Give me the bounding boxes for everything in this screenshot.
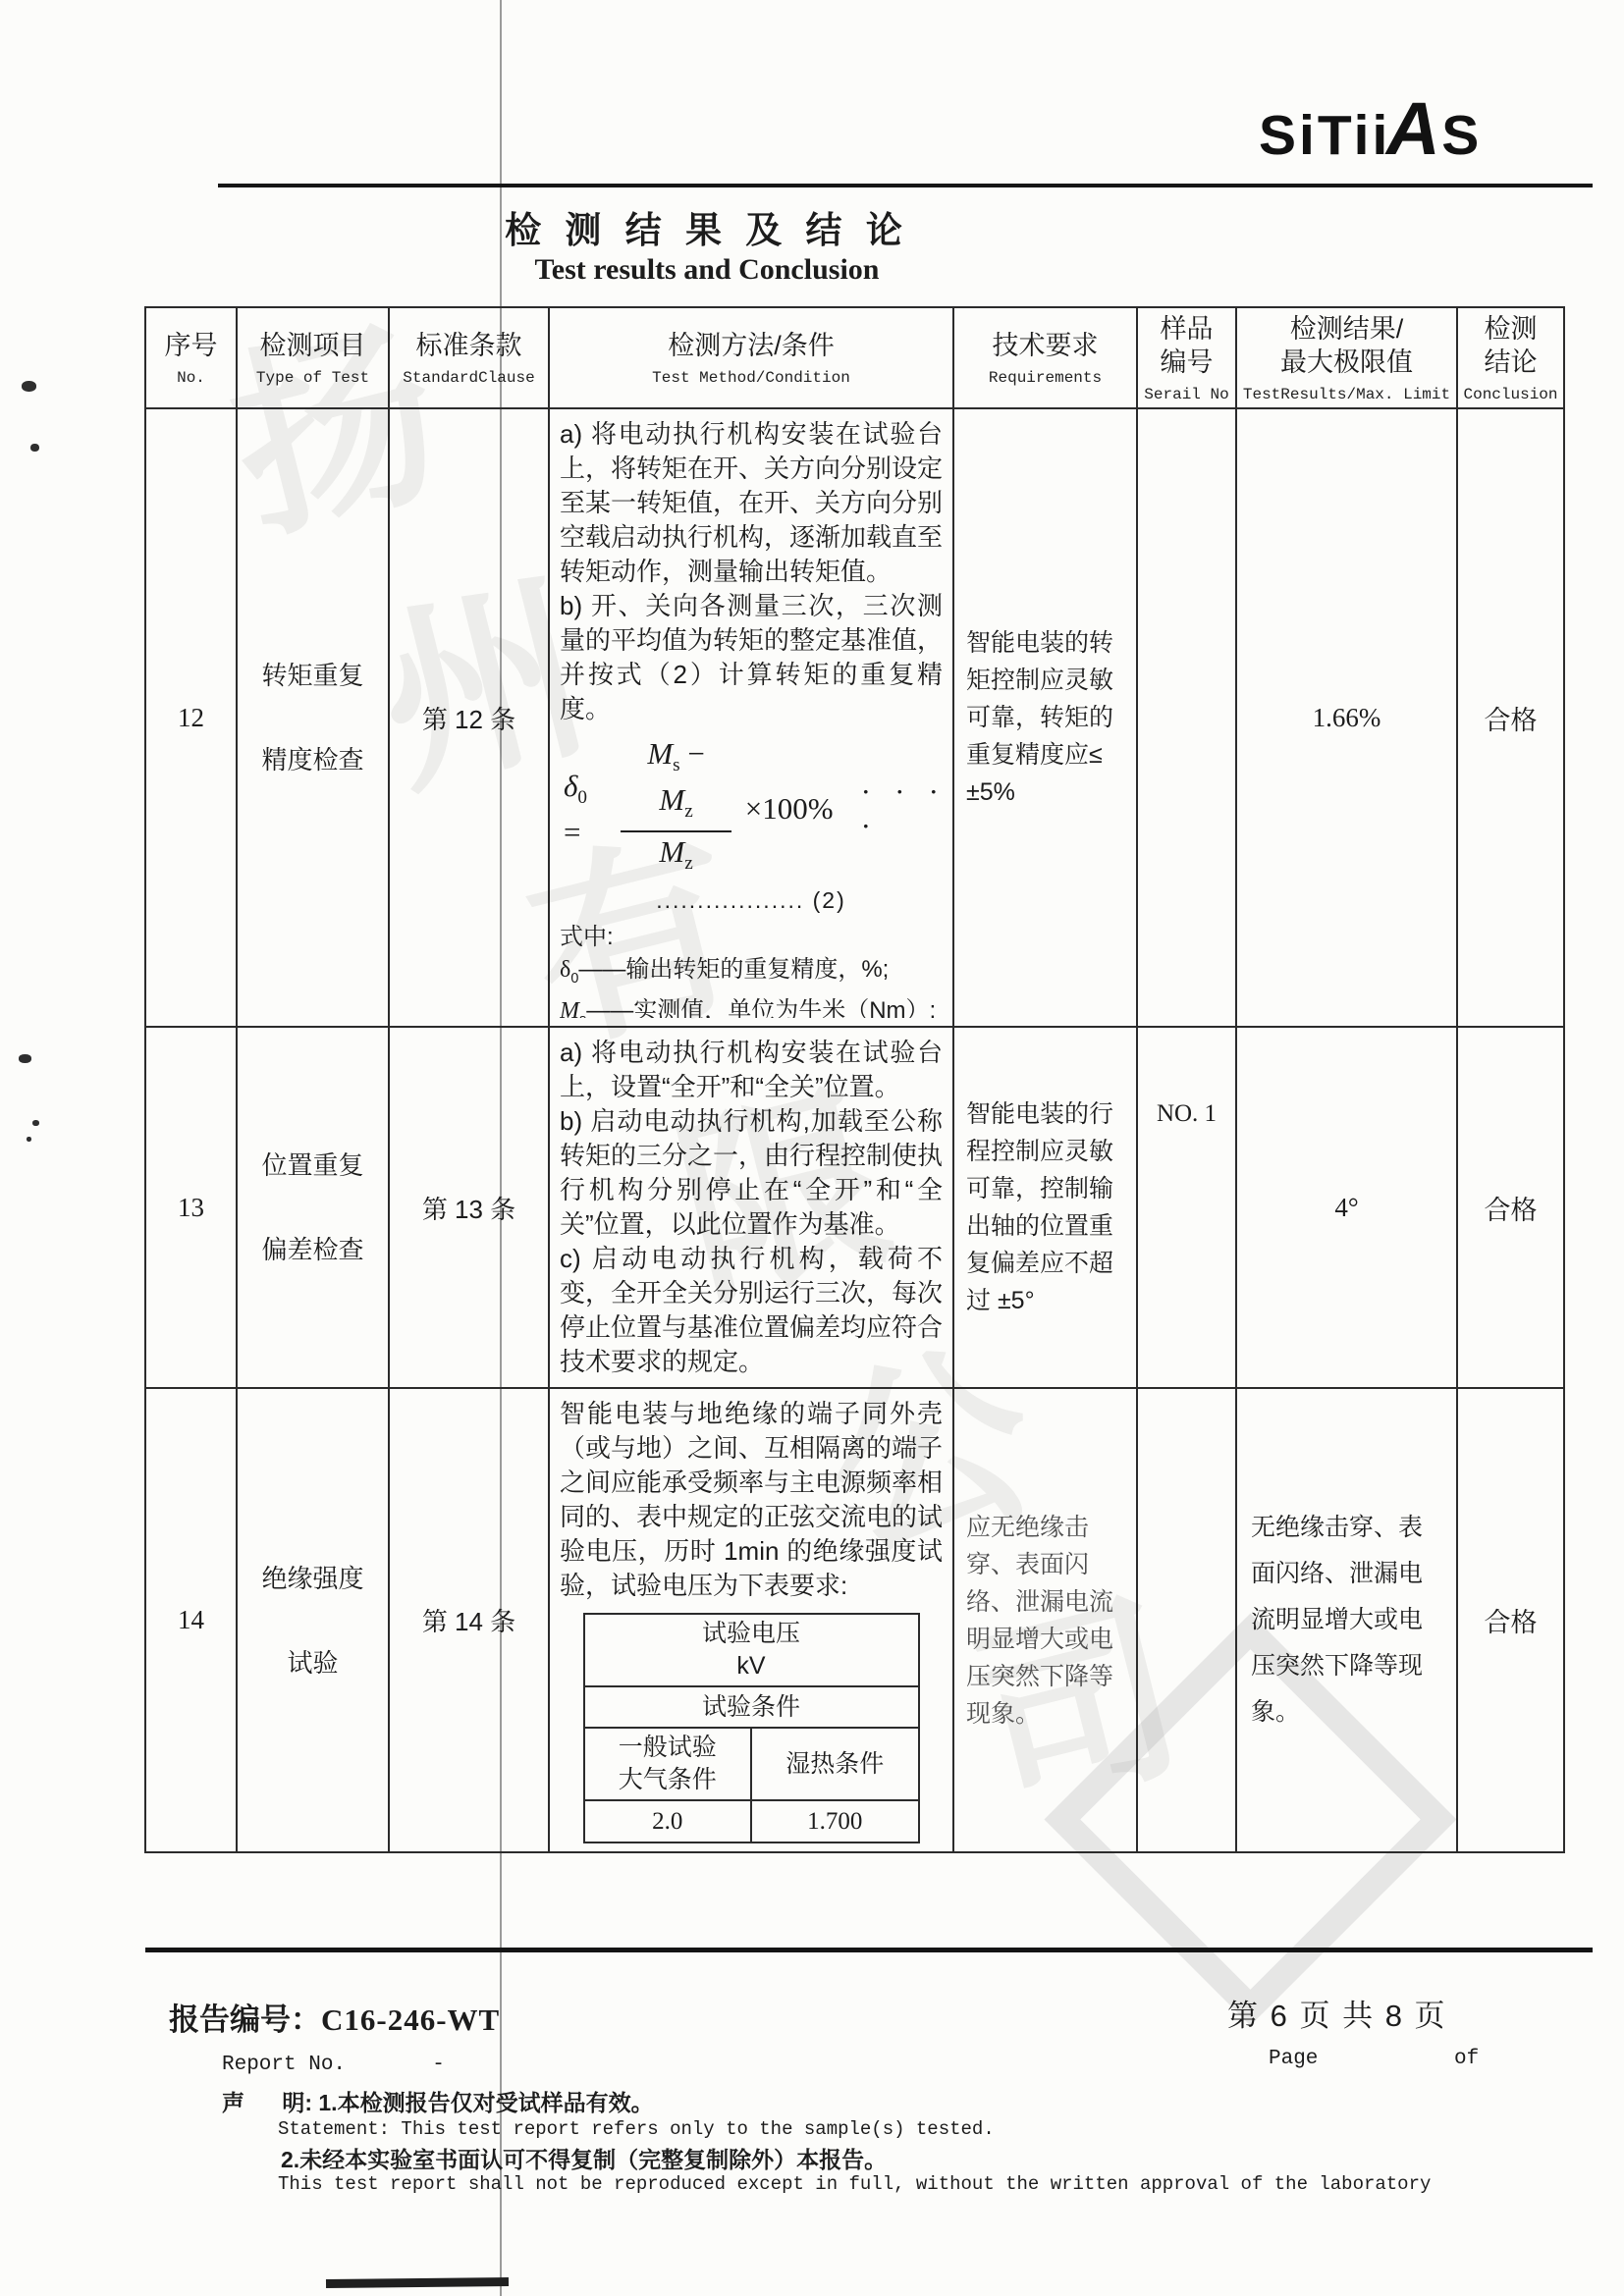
row12-method-content: a) 将电动执行机构安装在试验台上，将转矩在开、关方向分别设定至某一转矩值，在开… (560, 417, 943, 1018)
formula-fraction: Ms − Mz Mz (621, 736, 731, 881)
logo-text: SiTii (1259, 103, 1390, 168)
footer-rule (145, 1948, 1593, 1952)
method-para-a: a) 将电动执行机构安装在试验台上，将转矩在开、关方向分别设定至某一转矩值，在开… (560, 417, 943, 589)
header-clause-zh: 标准条款 (390, 329, 548, 362)
report-number-en: Report No. - (222, 2054, 445, 2076)
row12-no: 12 (145, 408, 237, 1027)
formula-lhs: δ0 = (564, 769, 607, 849)
formula-where-label: 式中: (560, 922, 943, 953)
header-requirements: 技术要求Requirements (953, 307, 1137, 408)
formula-dots: · · · · (861, 774, 943, 843)
header-no: 序号No. (145, 307, 237, 408)
row14-sample (1137, 1388, 1236, 1852)
row12-sample (1137, 408, 1236, 1027)
row14-no: 14 (145, 1388, 237, 1852)
row13-no: 13 (145, 1027, 237, 1388)
header-type-en: Type of Test (238, 369, 388, 387)
table-row-14: 14 绝缘强度 试验 第 14 条 智能电装与地绝缘的端子同外壳（或与地）之间、… (145, 1388, 1564, 1852)
voltage-values-row: 2.0 1.700 (584, 1800, 919, 1842)
report-number: 报告编号：C16-246-WT (169, 1995, 500, 2039)
row14-requirement: 应无绝缘击穿、表面闪络、泄漏电流明显增大或电压突然下降等现象。 (953, 1388, 1137, 1852)
row13-conclusion: 合格 (1457, 1027, 1564, 1388)
statement-line-1: 声 明: 1.本检测报告仅对受试样品有效。 (222, 2085, 654, 2117)
row12-requirement: 智能电装的转矩控制应灵敏可靠，转矩的重复精度应≤ ±5% (953, 408, 1137, 1027)
statement-label: 声 明: (222, 2090, 318, 2115)
row13-method: a) 将电动执行机构安装在试验台上，设置“全开”和“全关”位置。 b) 启动电动… (549, 1027, 953, 1388)
header-type-of-test: 检测项目Type of Test (237, 307, 389, 408)
header-no-en: No. (146, 369, 236, 387)
ink-speck (30, 444, 39, 452)
ink-speck (19, 1054, 31, 1063)
formula-def-delta: δ0——输出转矩的重复精度，%; (560, 953, 943, 995)
row13-requirement: 智能电装的行程控制应灵敏可靠，控制输出轴的位置重复偏差应不超过 ±5° (953, 1027, 1137, 1388)
header-results-zh: 检测结果/ 最大极限值 (1237, 312, 1456, 379)
row12-item: 转矩重复 精度检查 (237, 408, 389, 1027)
row14-result: 无绝缘击穿、表面闪络、泄漏电流明显增大或电压突然下降等现象。 (1236, 1388, 1457, 1852)
statement-2-zh: 2.未经本实验室书面认可不得复制（完整复制除外）本报告。 (281, 2142, 887, 2174)
voltage-value-general: 2.0 (584, 1800, 752, 1842)
header-conclusion-en: Conclusion (1458, 386, 1563, 403)
header-serial-en: Serail No (1138, 386, 1235, 403)
row12-result: 1.66% (1236, 408, 1457, 1027)
formula-mult: ×100% (745, 791, 834, 826)
row13-item: 位置重复 偏差检查 (237, 1027, 389, 1388)
table-row-13: 13 位置重复 偏差检查 第 13 条 a) 将电动执行机构安装在试验台上，设置… (145, 1027, 1564, 1388)
header-serial-no: 样品 编号Serail No (1137, 307, 1236, 408)
voltage-title: 试验电压 kV (584, 1614, 919, 1686)
row14-conclusion: 合格 (1457, 1388, 1564, 1852)
ink-speck (27, 1137, 31, 1142)
method-intro: 智能电装与地绝缘的端子同外壳（或与地）之间、互相隔离的端子之间应能承受频率与主电… (560, 1397, 943, 1603)
header-test-results: 检测结果/ 最大极限值TestResults/Max. Limit (1236, 307, 1457, 408)
sitiias-logo: SiTiiAS (1259, 86, 1482, 172)
header-method-en: Test Method/Condition (550, 369, 952, 387)
formula-def-ms: Ms——实测值，单位为牛米（Nm）; (560, 994, 943, 1018)
ink-speck (32, 1120, 39, 1126)
row13-clause: 第 13 条 (389, 1027, 549, 1388)
method-para-a: a) 将电动执行机构安装在试验台上，设置“全开”和“全关”位置。 (560, 1036, 943, 1104)
method-para-b: b) 启动电动执行机构,加载至公称转矩的三分之一，由行程控制使执行机构分别停止在… (560, 1104, 943, 1242)
ink-speck (22, 381, 36, 392)
header-req-zh: 技术要求 (954, 329, 1136, 362)
statement-2-en: This test report shall not be reproduced… (278, 2173, 1431, 2195)
page-number-zh: 第 6 页 共 8 页 (1227, 1991, 1447, 2035)
voltage-title-row: 试验电压 kV (584, 1614, 919, 1686)
torque-repeatability-formula: δ0 = Ms − Mz Mz ×100% · · · · (564, 736, 943, 881)
row12-method: a) 将电动执行机构安装在试验台上，将转矩在开、关方向分别设定至某一转矩值，在开… (549, 408, 953, 1027)
header-conclusion: 检测 结论Conclusion (1457, 307, 1564, 408)
formula-numerator: Ms − Mz (621, 736, 731, 832)
row14-item: 绝缘强度 试验 (237, 1388, 389, 1852)
statement-1-zh: 1.本检测报告仅对受试样品有效。 (318, 2090, 653, 2115)
header-method-zh: 检测方法/条件 (550, 329, 952, 362)
method-para-b: b) 开、关向各测量三次，三次测量的平均值为转矩的整定基准值，并按式（2）计算转… (560, 589, 943, 726)
statement-1-en: Statement: This test report refers only … (278, 2118, 995, 2140)
logo-text: S (1441, 103, 1482, 168)
method-para-c: c) 启动电动执行机构，载荷不变，全开全关分别运行三次，每次停止位置与基准位置偏… (560, 1242, 943, 1379)
formula-denominator: Mz (621, 832, 731, 881)
header-conclusion-zh: 检测 结论 (1458, 312, 1563, 379)
row13-sample: NO. 1 (1137, 1027, 1236, 1388)
header-serial-zh: 样品 编号 (1138, 312, 1235, 379)
test-voltage-table: 试验电压 kV 试验条件 一般试验 大气条件 湿热条件 2.0 1.700 (583, 1613, 920, 1843)
voltage-col-damp-heat: 湿热条件 (751, 1728, 919, 1800)
header-rule (218, 184, 1593, 187)
page-title-en: Test results and Conclusion (196, 253, 1218, 287)
report-number-label: 报告编号： (169, 2002, 321, 2037)
header-results-en: TestResults/Max. Limit (1237, 386, 1456, 403)
report-page: 扬 州 有 限 公 司 SiTiiAS 检 测 结 果 及 结 论 Test r… (0, 0, 1624, 2296)
header-req-en: Requirements (954, 369, 1136, 387)
row13-result: 4° (1236, 1027, 1457, 1388)
scan-edge-mark (326, 2277, 509, 2288)
row14-clause: 第 14 条 (389, 1388, 549, 1852)
header-type-zh: 检测项目 (238, 329, 388, 362)
voltage-value-damp-heat: 1.700 (751, 1800, 919, 1842)
page-title-zh: 检 测 结 果 及 结 论 (196, 200, 1218, 253)
report-number-value: C16-246-WT (321, 2002, 500, 2037)
test-results-table: 序号No. 检测项目Type of Test 标准条款StandardClaus… (144, 306, 1565, 1853)
page-number-en: Page of (1269, 2048, 1479, 2070)
header-standard-clause: 标准条款StandardClause (389, 307, 549, 408)
row12-conclusion: 合格 (1457, 408, 1564, 1027)
header-no-zh: 序号 (146, 329, 236, 362)
formula-ref-number: .................. (2) (560, 883, 943, 918)
voltage-condition-row: 试验条件 (584, 1686, 919, 1728)
header-test-method: 检测方法/条件Test Method/Condition (549, 307, 953, 408)
voltage-cols-row: 一般试验 大气条件 湿热条件 (584, 1728, 919, 1800)
row12-clause: 第 12 条 (389, 408, 549, 1027)
table-header-row: 序号No. 检测项目Type of Test 标准条款StandardClaus… (145, 307, 1564, 408)
voltage-col-general: 一般试验 大气条件 (584, 1728, 752, 1800)
row14-method: 智能电装与地绝缘的端子同外壳（或与地）之间、互相隔离的端子之间应能承受频率与主电… (549, 1388, 953, 1852)
header-clause-en: StandardClause (390, 369, 548, 387)
voltage-condition-label: 试验条件 (584, 1686, 919, 1728)
table-row-12: 12 转矩重复 精度检查 第 12 条 a) 将电动执行机构安装在试验台上，将转… (145, 408, 1564, 1027)
